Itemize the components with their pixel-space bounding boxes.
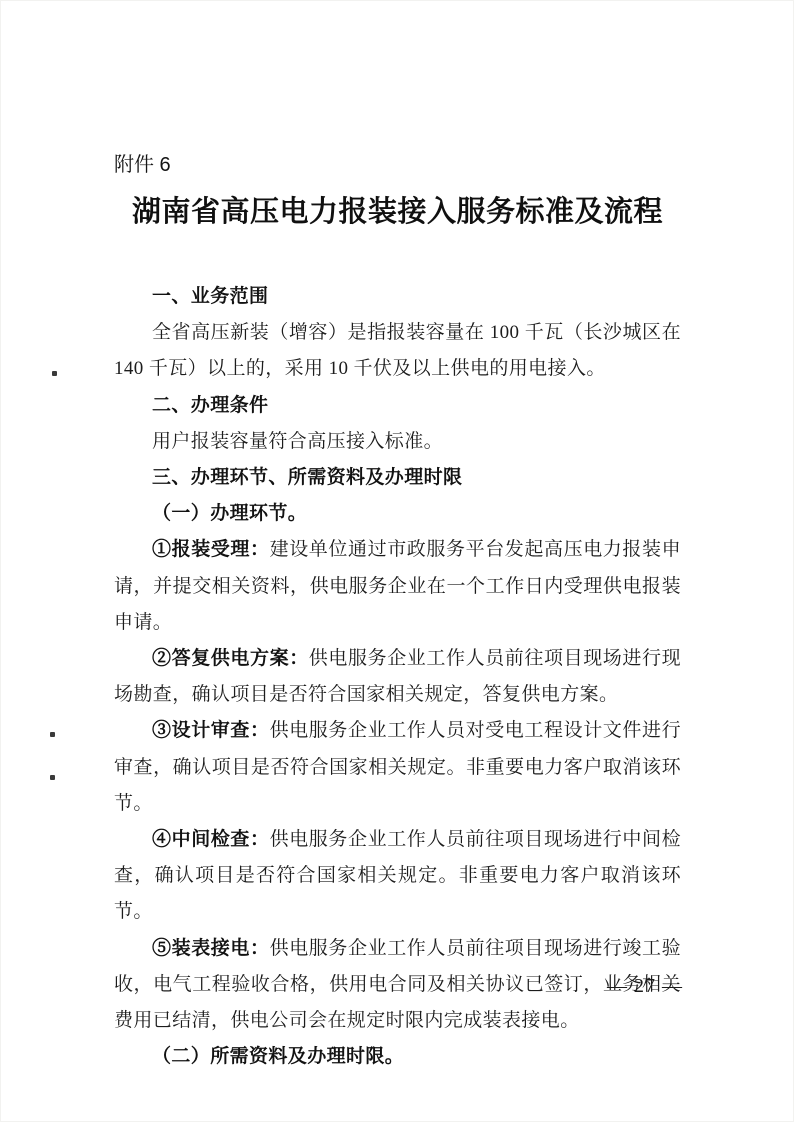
scan-speck [52, 371, 57, 376]
section-3-subheading-2: （二）所需资料及办理时限。 [114, 1039, 681, 1075]
document-page: 附件 6 湖南省高压电力报装接入服务标准及流程 一、业务范围 全省高压新装（增容… [0, 0, 794, 1122]
step-3-label: ③设计审查： [152, 720, 270, 741]
page-number: — 27 — [607, 975, 683, 998]
section-3-heading: 三、办理环节、所需资料及办理时限 [114, 460, 681, 496]
document-body: 一、业务范围 全省高压新装（增容）是指报装容量在 100 千瓦（长沙城区在 14… [114, 279, 681, 1075]
document-content: 附件 6 湖南省高压电力报装接入服务标准及流程 一、业务范围 全省高压新装（增容… [114, 1, 681, 1075]
section-3-subheading-1: （一）办理环节。 [114, 496, 681, 532]
step-1-label: ①报装受理： [152, 539, 270, 560]
step-5-label: ⑤装表接电： [152, 938, 270, 959]
section-1-heading: 一、业务范围 [114, 279, 681, 315]
step-4-label: ④中间检查： [152, 829, 270, 850]
step-paragraph: ④中间检查：供电服务企业工作人员前往项目现场进行中间检查，确认项目是否符合国家相… [114, 822, 681, 931]
section-1-paragraph: 全省高压新装（增容）是指报装容量在 100 千瓦（长沙城区在 140 千瓦）以上… [114, 315, 681, 387]
scan-speck [50, 775, 55, 780]
document-title: 湖南省高压电力报装接入服务标准及流程 [114, 193, 681, 231]
step-paragraph: ②答复供电方案：供电服务企业工作人员前往项目现场进行现场勘查，确认项目是否符合国… [114, 641, 681, 713]
step-paragraph: ⑤装表接电：供电服务企业工作人员前往项目现场进行竣工验收，电气工程验收合格，供用… [114, 931, 681, 1040]
step-2-label: ②答复供电方案： [152, 648, 309, 669]
step-paragraph: ③设计审查：供电服务企业工作人员对受电工程设计文件进行审查，确认项目是否符合国家… [114, 713, 681, 822]
scan-speck [50, 732, 55, 737]
section-2-paragraph: 用户报装容量符合高压接入标准。 [114, 424, 681, 460]
attachment-label: 附件 6 [114, 151, 681, 179]
section-2-heading: 二、办理条件 [114, 388, 681, 424]
step-paragraph: ①报装受理：建设单位通过市政服务平台发起高压电力报装申请，并提交相关资料，供电服… [114, 532, 681, 641]
